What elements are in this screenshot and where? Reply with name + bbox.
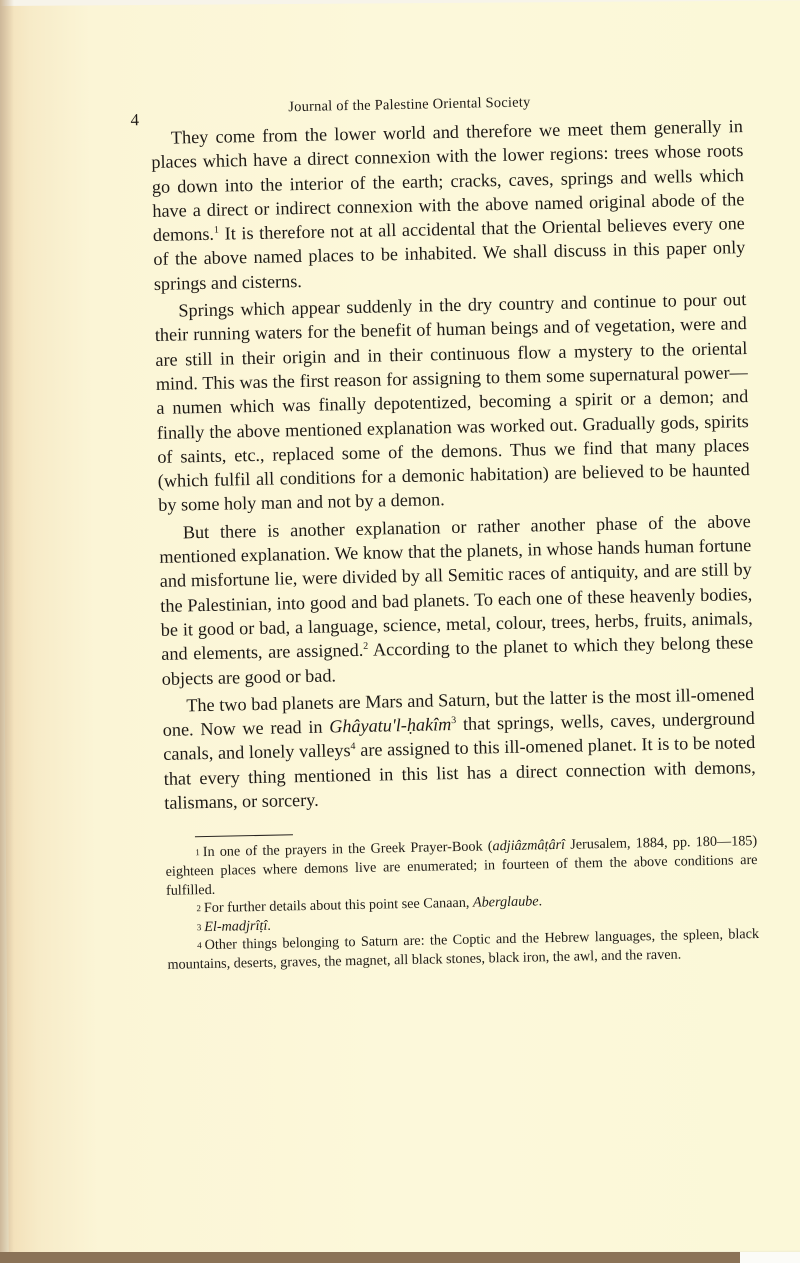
footnote-number: 1 xyxy=(195,847,200,857)
footnote-italic: El-madjrîṭî xyxy=(204,918,267,935)
scan-bottom-edge xyxy=(0,1252,800,1263)
body-text: They come from the lower world and there… xyxy=(151,114,757,815)
paragraph-3: But there is another explanation or rath… xyxy=(159,509,754,691)
paragraph-1: They come from the lower world and there… xyxy=(151,114,746,296)
paragraph-text: It is therefore not at all accidental th… xyxy=(153,213,745,293)
running-head: Journal of the Palestine Oriental Societ… xyxy=(288,94,530,116)
footnotes: 1In one of the prayers in the Greek Pray… xyxy=(165,832,759,974)
footnote-number: 4 xyxy=(197,940,202,950)
footnote-italic: Aberglaube xyxy=(473,893,539,910)
scan-corner xyxy=(740,1252,800,1263)
footnote-number: 2 xyxy=(196,903,201,913)
footnote-text: . xyxy=(267,917,271,933)
footnote-text: For further details about this point see… xyxy=(204,895,473,916)
paragraph-4: The two bad planets are Mars and Saturn,… xyxy=(162,682,756,815)
footnote-divider xyxy=(195,835,293,838)
footnote-number: 3 xyxy=(197,922,202,932)
footnote-italic: adjiâzmâṭârî xyxy=(492,837,565,854)
paragraph-text: Springs which appear suddenly in the dry… xyxy=(155,289,750,515)
page-content: 4 Journal of the Palestine Oriental Soci… xyxy=(150,80,760,974)
binding-shadow xyxy=(0,0,14,1263)
footnote-text: . xyxy=(538,893,542,909)
book-title: Ghâyatu'l-ḥakîm xyxy=(329,714,451,736)
paragraph-2: Springs which appear suddenly in the dry… xyxy=(154,287,750,518)
page-number: 4 xyxy=(130,110,139,130)
